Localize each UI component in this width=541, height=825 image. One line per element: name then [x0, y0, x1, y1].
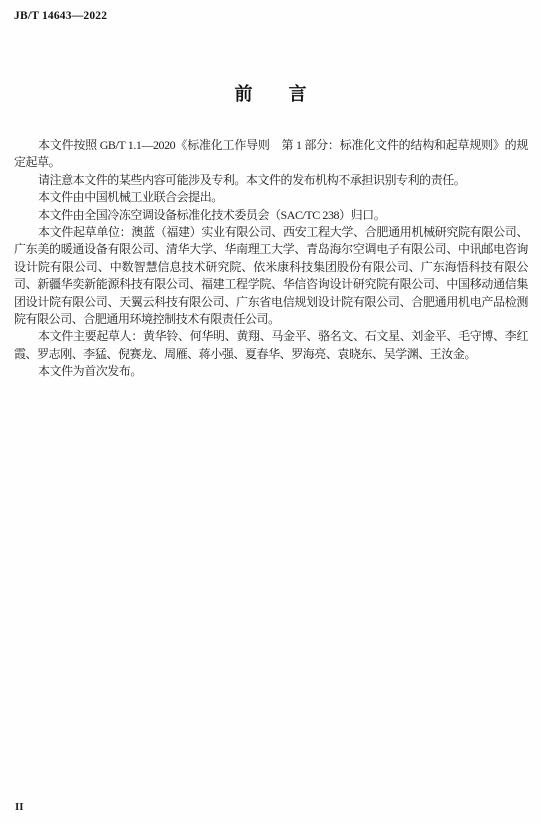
- paragraph-committee: 本文件由全国冷冻空调设备标准化技术委员会（SAC/TC 238）归口。: [14, 207, 528, 224]
- paragraph-patent-notice: 请注意本文件的某些内容可能涉及专利。本文件的发布机构不承担识别专利的责任。: [14, 172, 528, 189]
- paragraph-main-drafters: 本文件主要起草人：黄华铃、何华明、黄翔、马金平、骆名文、石文星、刘金平、毛守博、…: [14, 328, 528, 363]
- paragraph-proposed-by: 本文件由中国机械工业联合会提出。: [14, 189, 528, 206]
- standard-number-header: JB/T 14643—2022: [14, 10, 107, 22]
- page-title: 前 言: [0, 80, 541, 106]
- document-page: JB/T 14643—2022 前 言 本文件按照 GB/T 1.1—2020《…: [0, 0, 541, 825]
- foreword-body: 本文件按照 GB/T 1.1—2020《标准化工作导则 第 1 部分：标准化文件…: [14, 137, 528, 381]
- page-number: II: [15, 801, 24, 813]
- paragraph-drafting-rules: 本文件按照 GB/T 1.1—2020《标准化工作导则 第 1 部分：标准化文件…: [14, 137, 528, 172]
- paragraph-drafting-organizations: 本文件起草单位：澳蓝（福建）实业有限公司、西安工程大学、合肥通用机械研究院有限公…: [14, 224, 528, 328]
- paragraph-first-issue: 本文件为首次发布。: [14, 363, 528, 380]
